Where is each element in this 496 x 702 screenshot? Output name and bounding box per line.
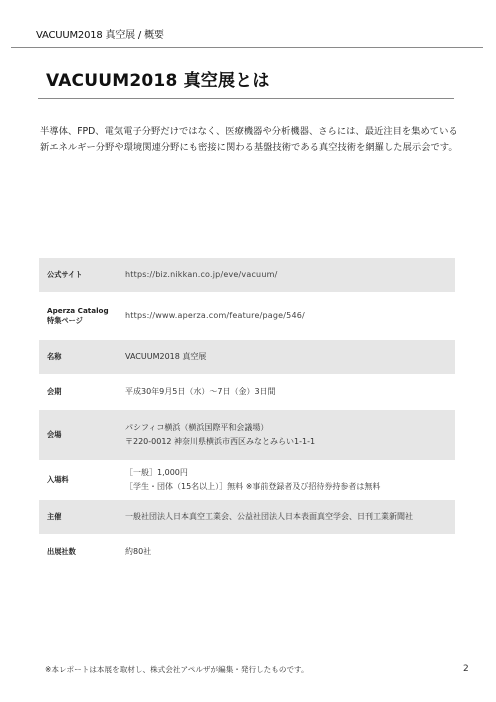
footer-note: ※本レポートは本展を取材し、株式会社アペルザが編集・発行したものです。 <box>45 664 309 675</box>
row-value: 約80社 <box>125 545 455 559</box>
official-site-link[interactable]: https://biz.nikkan.co.jp/eve/vacuum/ <box>125 268 455 282</box>
page-number: 2 <box>463 664 469 674</box>
table-row-admission: 入場料 ［一般］1,000円 ［学生・団体（15名以上）］無料 ※事前登録者及び… <box>39 460 455 500</box>
row-label: Aperza Catalog 特集ページ <box>47 306 125 326</box>
row-label: 会期 <box>47 387 125 397</box>
table-row-aperza-catalog: Aperza Catalog 特集ページ https://www.aperza.… <box>39 292 455 340</box>
running-head: VACUUM2018 真空展 / 概要 <box>36 26 164 41</box>
info-table: 公式サイト https://biz.nikkan.co.jp/eve/vacuu… <box>39 258 455 570</box>
row-value: ［一般］1,000円 ［学生・団体（15名以上）］無料 ※事前登録者及び招待券持… <box>125 466 455 494</box>
intro-paragraph: 半導体、FPD、電気電子分野だけではなく、医療機器や分析機器、さらには、最近注目… <box>40 124 460 155</box>
table-row-name: 名称 VACUUM2018 真空展 <box>39 340 455 374</box>
row-value: 一般社団法人日本真空工業会、公益社団法人日本表面真空学会、日刊工業新聞社 <box>125 510 455 524</box>
table-row-exhibitors: 出展社数 約80社 <box>39 534 455 570</box>
table-row-official-site: 公式サイト https://biz.nikkan.co.jp/eve/vacuu… <box>39 258 455 292</box>
row-label: 主催 <box>47 512 125 522</box>
page-title: VACUUM2018 真空展とは <box>46 66 270 91</box>
row-value: パシフィコ横浜（横浜国際平和会議場） 〒220-0012 神奈川県横浜市西区みな… <box>125 421 455 449</box>
header-divider <box>11 47 483 48</box>
table-row-period: 会期 平成30年9月5日（水）～7日（金）3日間 <box>39 374 455 410</box>
row-label: 会場 <box>47 430 125 440</box>
row-label: 名称 <box>47 352 125 362</box>
row-label: 入場料 <box>47 475 125 485</box>
title-divider <box>38 98 454 99</box>
aperza-catalog-link[interactable]: https://www.aperza.com/feature/page/546/ <box>125 309 455 323</box>
row-label: 公式サイト <box>47 270 125 280</box>
table-row-organizer: 主催 一般社団法人日本真空工業会、公益社団法人日本表面真空学会、日刊工業新聞社 <box>39 500 455 534</box>
table-row-venue: 会場 パシフィコ横浜（横浜国際平和会議場） 〒220-0012 神奈川県横浜市西… <box>39 410 455 460</box>
row-value: VACUUM2018 真空展 <box>125 350 455 364</box>
row-label: 出展社数 <box>47 547 125 557</box>
row-value: 平成30年9月5日（水）～7日（金）3日間 <box>125 385 455 399</box>
